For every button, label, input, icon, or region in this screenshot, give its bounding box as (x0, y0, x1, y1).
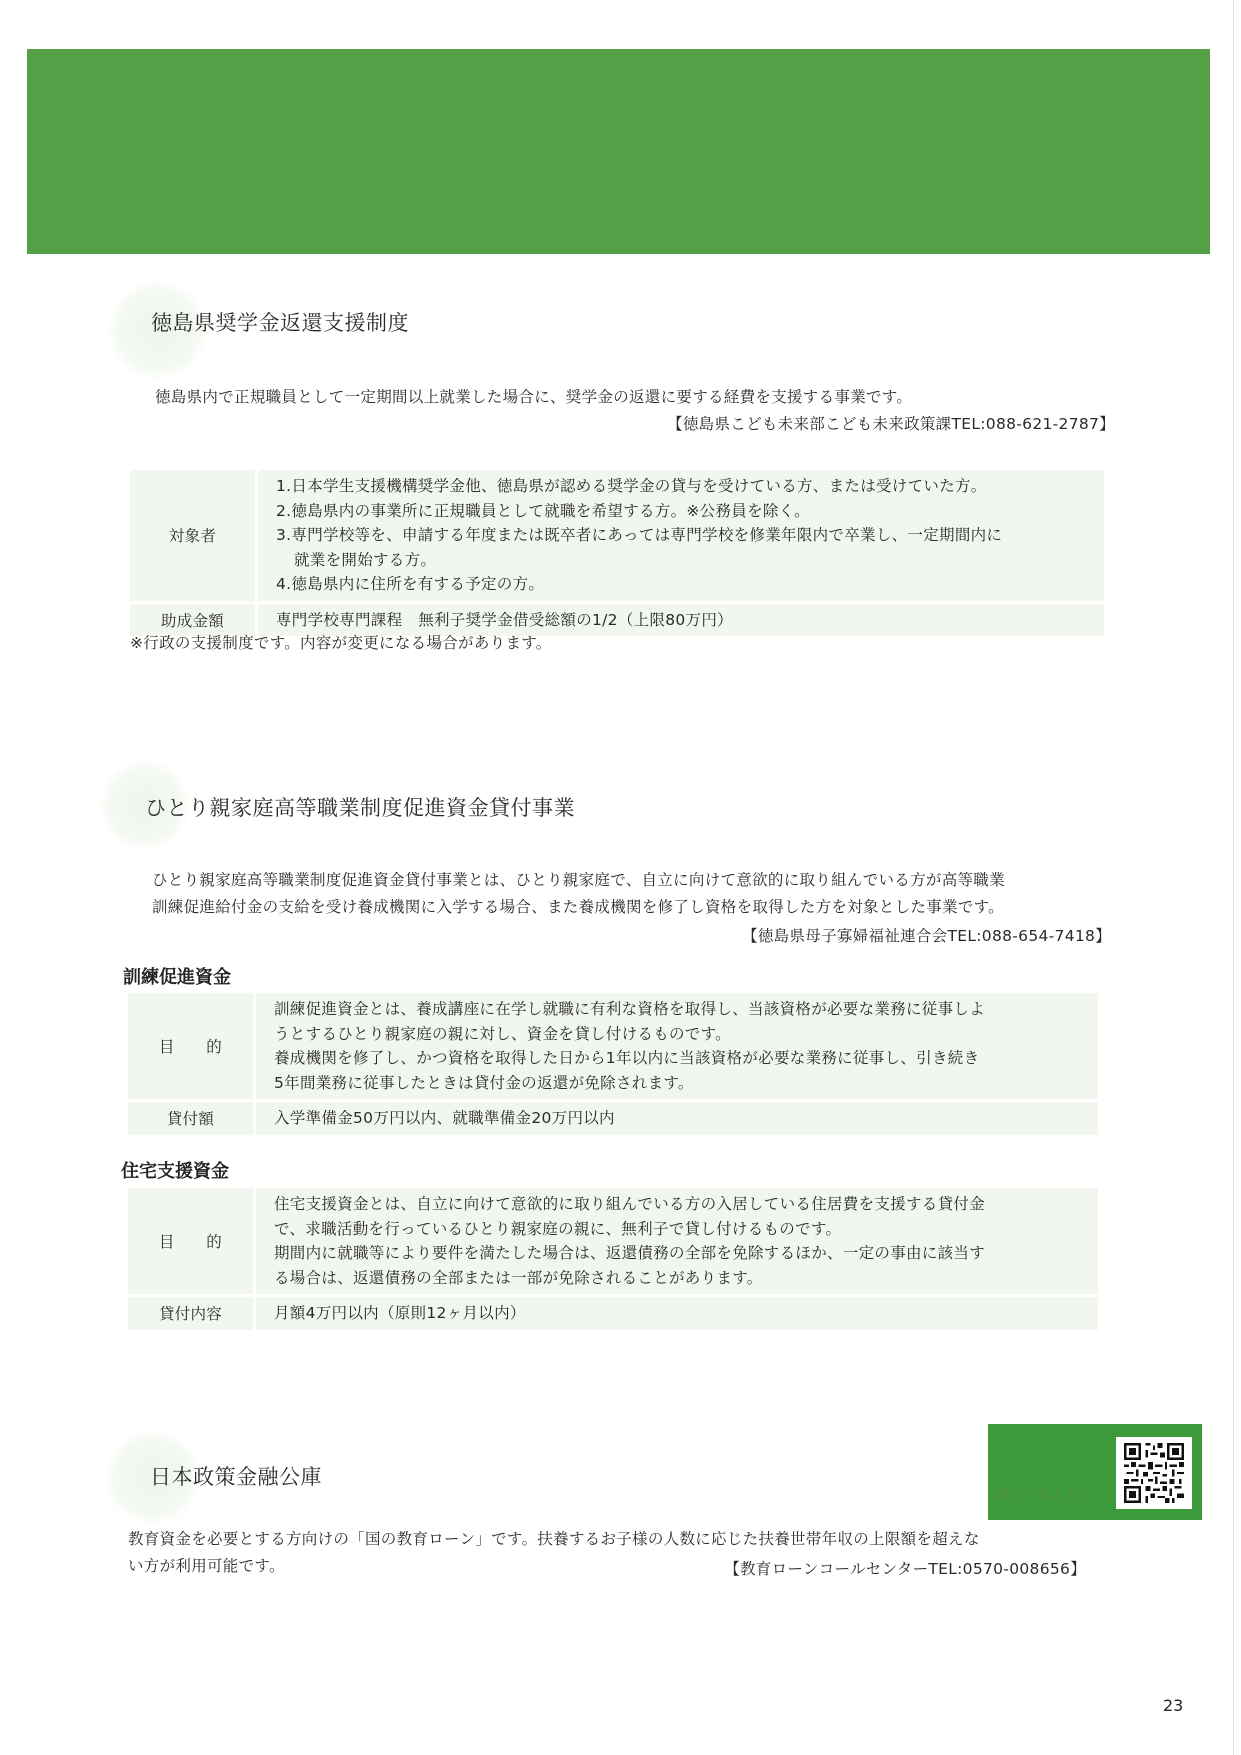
text-line: 5年間業務に従事したときは貸付金の返還が免除されます。 (274, 1071, 1086, 1096)
subsection-title-housing: 住宅支援資金 (121, 1157, 229, 1183)
text-line: うとするひとり親家庭の親に対し、資金を貸し付けるものです。 (274, 1022, 1086, 1047)
text-line: 期間内に就職等により要件を満たした場合は、返還債務の全部を免除するほか、一定の事… (274, 1241, 1086, 1266)
section-title-single-parent: ひとり親家庭高等職業制度促進資金貸付事業 (145, 792, 575, 822)
single-parent-contact: 【徳島県母子寡婦福祉連合会TEL:088-654-7418】 (742, 924, 1111, 946)
section-title-jfc: 日本政策金融公庫 (150, 1461, 322, 1491)
description-line: 訓練促進給付金の支給を受け養成機関に入学する場合、また養成機関を修了し資格を取得… (152, 894, 1005, 921)
table-row-purpose: 目 的 訓練促進資金とは、養成講座に在学し就職に有利な資格を取得し、当該資格が必… (128, 993, 1098, 1099)
list-item: 1.日本学生支援機構奨学金他、徳島県が認める奨学金の貸与を受けている方、または受… (276, 474, 1092, 499)
list-item: 2.徳島県内の事業所に正規職員として就職を希望する方。※公務員を除く。 (276, 499, 1092, 524)
subsection-title-training: 訓練促進資金 (123, 963, 231, 989)
section-title-scholarship: 徳島県奨学金返還支援制度 (151, 307, 409, 337)
single-parent-description: ひとり親家庭高等職業制度促進資金貸付事業とは、ひとり親家庭で、自立に向けて意欲的… (152, 867, 1005, 921)
table-row-loan-amount: 貸付額 入学準備金50万円以内、就職準備金20万円以内 (128, 1102, 1098, 1135)
text-line: る場合は、返還債務の全部または一部が免除されることがあります。 (274, 1266, 1086, 1291)
text-line: 訓練促進資金とは、養成講座に在学し就職に有利な資格を取得し、当該資格が必要な業務… (274, 997, 1086, 1022)
table-row-purpose: 目 的 住宅支援資金とは、自立に向けて意欲的に取り組んでいる方の入居している住居… (128, 1188, 1098, 1294)
row-value: 入学準備金50万円以内、就職準備金20万円以内 (256, 1102, 1098, 1135)
table-row-loan-content: 貸付内容 月額4万円以内（原則12ヶ月以内） (128, 1297, 1098, 1330)
list-item: 3.専門学校等を、申請する年度または既卒者にあっては専門学校を修業年限内で卒業し… (276, 523, 1092, 548)
table-row-eligibility: 対象者 1.日本学生支援機構奨学金他、徳島県が認める奨学金の貸与を受けている方、… (130, 470, 1104, 601)
header-banner (27, 49, 1210, 254)
scholarship-note: ※行政の支援制度です。内容が変更になる場合があります。 (130, 631, 552, 653)
row-value: 月額4万円以内（原則12ヶ月以内） (256, 1297, 1098, 1330)
list-item: 4.徳島県内に住所を有する予定の方。 (276, 572, 1092, 597)
housing-table: 目 的 住宅支援資金とは、自立に向けて意欲的に取り組んでいる方の入居している住居… (128, 1188, 1098, 1333)
page-edge (1233, 0, 1234, 1755)
text-line: 住宅支援資金とは、自立に向けて意欲的に取り組んでいる方の入居している住居費を支援… (274, 1192, 1086, 1217)
text-line: で、求職活動を行っているひとり親家庭の親に、無利子で貸し付けるものです。 (274, 1217, 1086, 1242)
training-table: 目 的 訓練促進資金とは、養成講座に在学し就職に有利な資格を取得し、当該資格が必… (128, 993, 1098, 1138)
text-line: 養成機関を修了し、かつ資格を取得した日から1年以内に当該資格が必要な業務に従事し… (274, 1046, 1086, 1071)
row-label: 対象者 (130, 470, 258, 601)
jfc-contact: 【教育ローンコールセンターTEL:0570-008656】 (724, 1557, 1086, 1579)
qr-code-icon[interactable] (1116, 1437, 1192, 1509)
row-label: 目 的 (128, 1188, 256, 1294)
row-value: 住宅支援資金とは、自立に向けて意欲的に取り組んでいる方の入居している住居費を支援… (256, 1188, 1098, 1294)
scholarship-contact: 【徳島県こども未来部こども未来政策課TEL:088-621-2787】 (667, 412, 1115, 434)
row-label: 貸付内容 (128, 1297, 256, 1330)
row-label: 目 的 (128, 993, 256, 1099)
description-line: ひとり親家庭高等職業制度促進資金貸付事業とは、ひとり親家庭で、自立に向けて意欲的… (152, 867, 1005, 894)
row-label: 貸付額 (128, 1102, 256, 1135)
page-number: 23 (1163, 1696, 1183, 1715)
row-value: 1.日本学生支援機構奨学金他、徳島県が認める奨学金の貸与を受けている方、または受… (258, 470, 1104, 601)
description-line: 教育資金を必要とする方向けの「国の教育ローン」です。扶養するお子様の人数に応じた… (128, 1526, 980, 1553)
scholarship-table: 対象者 1.日本学生支援機構奨学金他、徳島県が認める奨学金の貸与を受けている方、… (130, 470, 1104, 639)
scholarship-description: 徳島県内で正規職員として一定期間以上就業した場合に、奨学金の返還に要する経費を支… (155, 384, 912, 411)
row-value: 訓練促進資金とは、養成講座に在学し就職に有利な資格を取得し、当該資格が必要な業務… (256, 993, 1098, 1099)
list-item: 就業を開始する方。 (276, 548, 1092, 573)
details-link-label[interactable]: 詳しくはこちら (996, 1484, 1094, 1503)
details-link-box[interactable]: 詳しくはこちら (988, 1424, 1202, 1520)
